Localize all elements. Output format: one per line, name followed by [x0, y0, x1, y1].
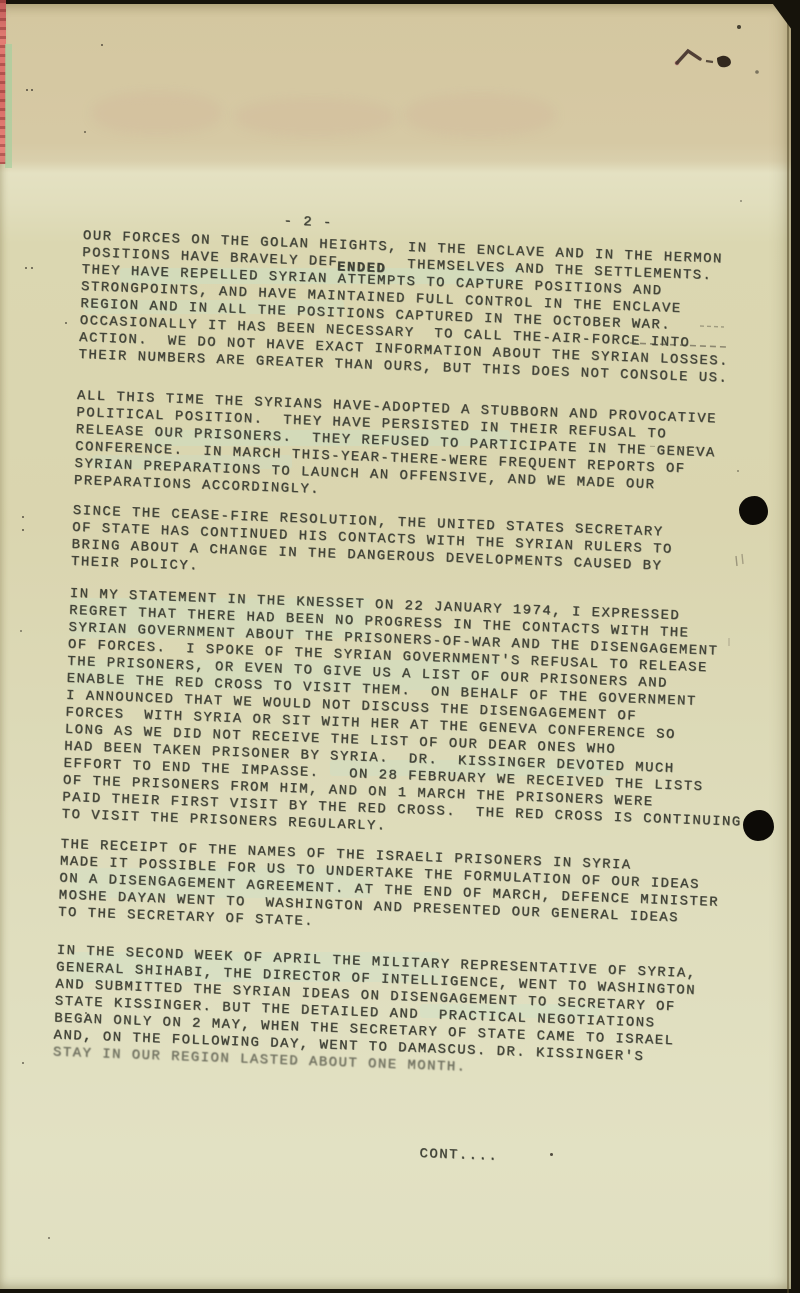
paper-speck: [65, 322, 67, 324]
ink-bleed-ghost: [92, 92, 222, 134]
paper-speck: [31, 267, 33, 269]
paragraph: OUR FORCES ON THE GOLAN HEIGHTS, IN THE …: [78, 228, 793, 390]
green-margin-strip: [5, 44, 12, 168]
paragraph: SINCE THE CEASE-FIRE RESOLUTION, THE UNI…: [71, 503, 783, 597]
paper-speck: [22, 516, 24, 518]
paper-speck: [48, 1237, 50, 1239]
paper-speck: [22, 1062, 24, 1064]
paragraphs-container: OUR FORCES ON THE GOLAN HEIGHTS, IN THE …: [53, 228, 793, 1087]
text-block: - 2 - OUR FORCES ON THE GOLAN HEIGHTS, I…: [49, 206, 793, 1175]
paper-speck: [26, 89, 28, 91]
paragraph: IN MY STATEMENT IN THE KNESSET ON 22 JAN…: [61, 586, 779, 850]
paper-speck: [740, 200, 742, 202]
paper-speck: [98, 397, 100, 399]
ink-bleed-ghost: [235, 98, 395, 136]
scanned-document-page: { "document": { "page_number": "- 2 -", …: [0, 0, 800, 1293]
scan-edge-right: [791, 0, 800, 1293]
hole-punch-mark: [743, 810, 774, 841]
paper-speck: [20, 630, 22, 632]
paper-speck: [101, 44, 103, 46]
paragraph: IN THE SECOND WEEK OF APRIL THE MILITARY…: [53, 943, 767, 1088]
paper-speck: [22, 529, 24, 531]
ink-bleed-ghost: [405, 94, 555, 136]
paper-speck: [25, 267, 27, 269]
overstruck-text: ENDED: [337, 259, 387, 277]
hole-punch-mark: [739, 496, 768, 525]
scan-edge-top: [0, 0, 800, 4]
scan-edge-bottom: [0, 1289, 800, 1293]
paper-right-fold-line: [787, 0, 789, 1293]
paper-speck: [737, 470, 739, 472]
paper-speck: [85, 1012, 87, 1014]
paragraph: ALL THIS TIME THE SYRIANS HAVE-ADOPTED A…: [74, 388, 787, 516]
paragraph: THE RECEIPT OF THE NAMES OF THE ISRAELI …: [58, 837, 771, 948]
paper-speck: [550, 1153, 553, 1156]
paper-speck: [31, 89, 33, 91]
paper-speck: [84, 131, 86, 133]
